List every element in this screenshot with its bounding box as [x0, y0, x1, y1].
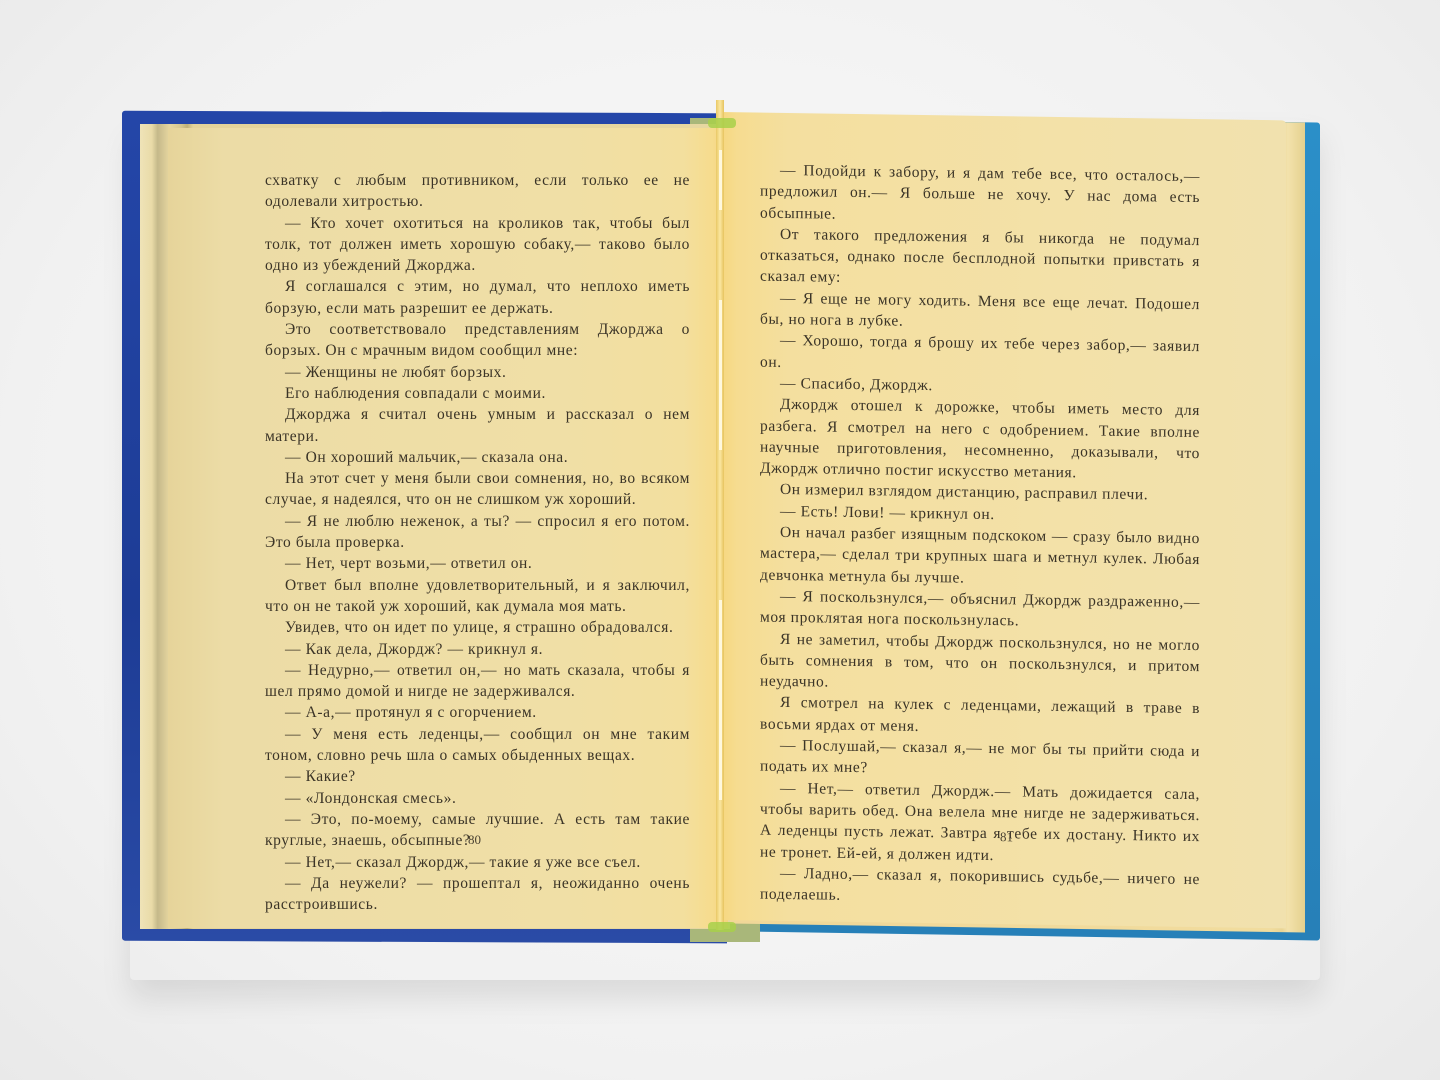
paragraph: Его наблюдения совпадали с моими.	[265, 383, 690, 404]
paragraph: — Я поскользнулся,— объяснил Джордж разд…	[760, 586, 1200, 635]
binding-thread	[719, 600, 722, 800]
paragraph: Джорджа я считал очень умным и рассказал…	[265, 404, 690, 447]
paragraph: — Хорошо, тогда я брошу их тебе через за…	[760, 330, 1200, 379]
paragraph: — Он хороший мальчик,— сказала она.	[265, 447, 690, 468]
paragraph: Ответ был вполне удовлетворительный, и я…	[265, 575, 690, 618]
headband-top	[708, 118, 736, 128]
page-number: 80	[468, 832, 481, 848]
paragraph: — Я не люблю неженок, а ты? — спросил я …	[265, 511, 690, 554]
right-page: — Подойди к забору, и я дам тебе все, чт…	[720, 112, 1286, 928]
paragraph: Увидев, что он идет по улице, я страшно …	[265, 617, 690, 638]
binding-thread	[719, 300, 722, 450]
paragraph: Я не заметил, чтобы Джордж поскользнулся…	[760, 628, 1200, 698]
paragraph: — Да неужели? — прошептал я, неожиданно …	[265, 873, 690, 916]
binding-thread	[719, 150, 722, 210]
paragraph: схватку с любым противником, если только…	[265, 170, 690, 213]
page-number: 81	[1000, 829, 1013, 845]
paragraph: — А-а,— протянул я с огорчением.	[265, 702, 690, 723]
paragraph: — Нет,— ответил Джордж.— Мать дожидается…	[760, 777, 1200, 869]
paragraph: — Послушай,— сказал я,— не мог бы ты при…	[760, 735, 1200, 784]
paragraph: — У меня есть леденцы,— сообщил он мне т…	[265, 724, 690, 767]
paragraph: — Нет,— сказал Джордж,— такие я уже все …	[265, 852, 690, 873]
paragraph: Он начал разбег изящным подскоком — сраз…	[760, 522, 1200, 592]
paragraph: — Ладно,— сказал я, покорившись судьбе,—…	[760, 862, 1200, 911]
paragraph: — «Лондонская смесь».	[265, 788, 690, 809]
book-gutter	[716, 100, 724, 930]
paragraph: — Женщины не любят борзых.	[265, 362, 690, 383]
paragraph: — Кто хочет охотиться на кроликов так, ч…	[265, 213, 690, 277]
paragraph: Это соответствовало представлениям Джорд…	[265, 319, 690, 362]
paragraph: — Недурно,— ответил он,— но мать сказала…	[265, 660, 690, 703]
left-page: схватку с любым противником, если только…	[168, 128, 728, 928]
paragraph: От такого предложения я бы никогда не по…	[760, 223, 1200, 293]
paragraph: — Какие?	[265, 766, 690, 787]
paragraph: Я соглашался с этим, но думал, что непло…	[265, 276, 690, 319]
paragraph: — Подойди к забору, и я дам тебе все, чт…	[760, 160, 1200, 230]
paragraph: Я смотрел на кулек с леденцами, лежащий …	[760, 692, 1200, 741]
paragraph: — Нет, черт возьми,— ответил он.	[265, 553, 690, 574]
paragraph: На этот счет у меня были свои сомнения, …	[265, 468, 690, 511]
headband-bottom	[708, 922, 736, 932]
paragraph: — Я еще не могу ходить. Меня все еще леч…	[760, 287, 1200, 336]
left-page-text: схватку с любым противником, если только…	[265, 170, 690, 915]
right-page-text: — Подойди к забору, и я дам тебе все, чт…	[760, 160, 1200, 912]
paragraph: — Как дела, Джордж? — крикнул я.	[265, 639, 690, 660]
paragraph: Джордж отошел к дорожке, чтобы иметь мес…	[760, 394, 1200, 486]
